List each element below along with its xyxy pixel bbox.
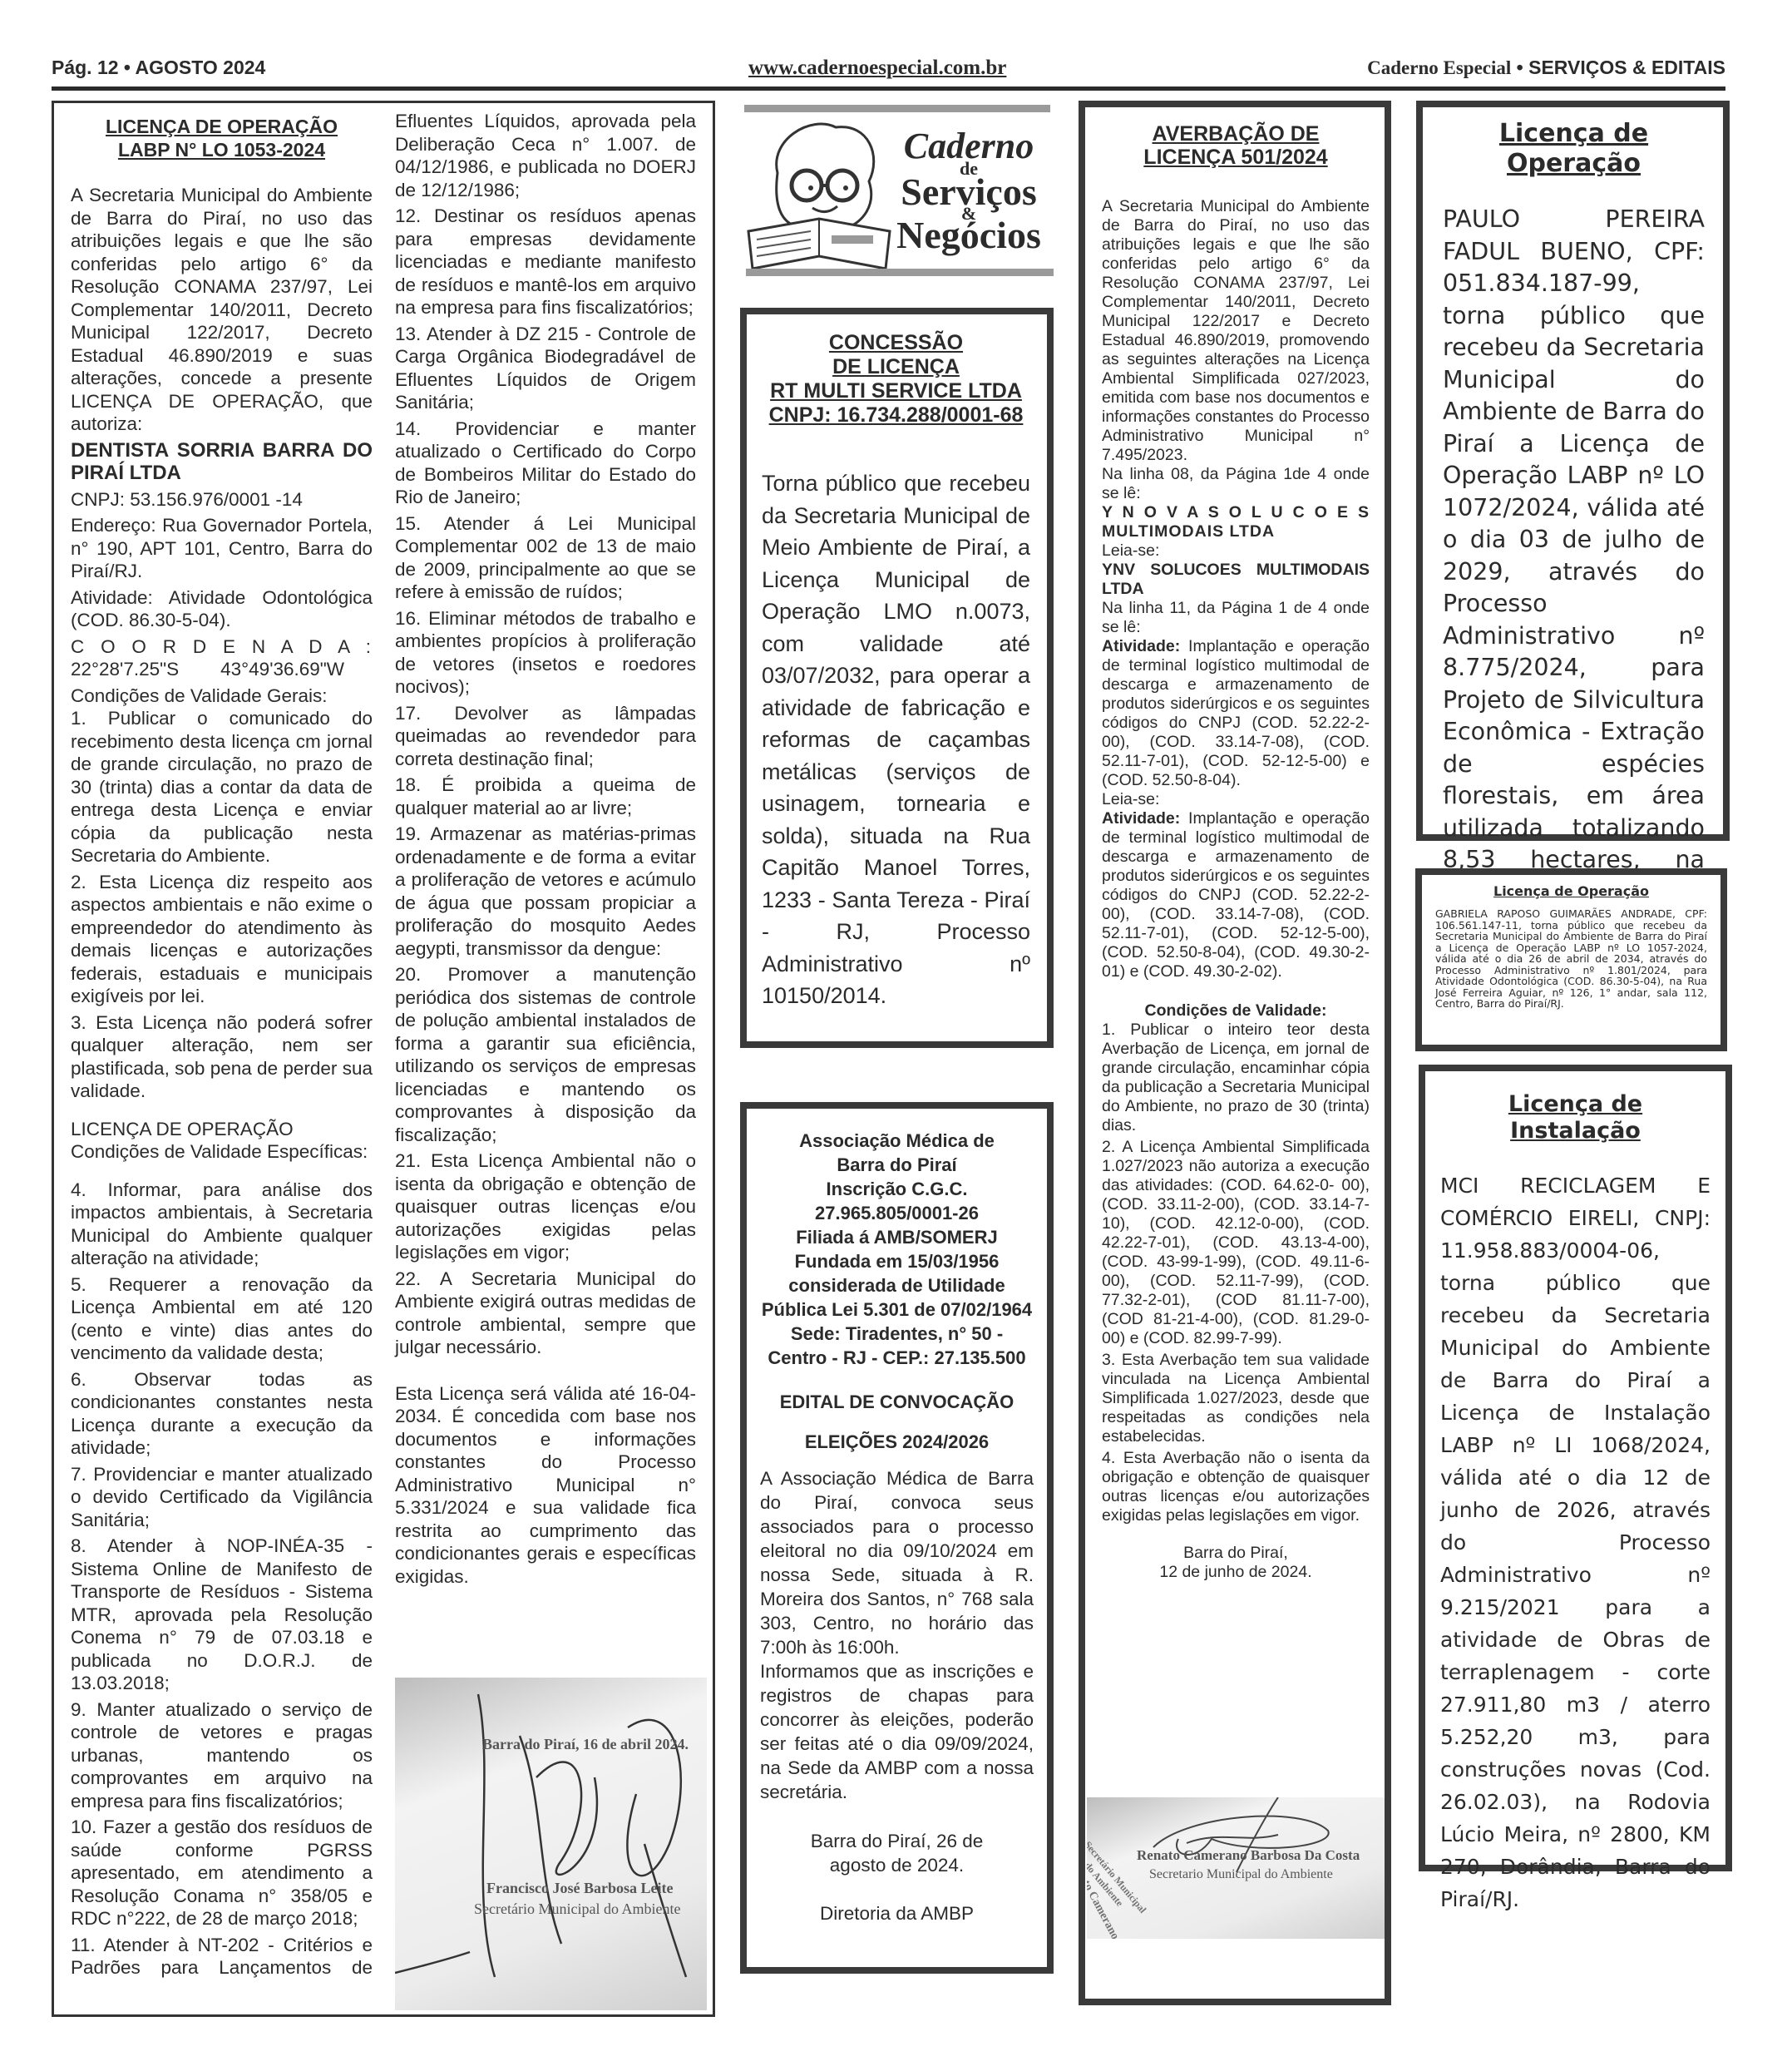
notice-title: Licença de Instalação (1440, 1091, 1711, 1144)
specific-condition: 17. Devolver as lâmpadas queimadas ao re… (395, 702, 696, 771)
specific-condition: 20. Promover a manutenção periódica dos … (395, 963, 696, 1146)
header-divider (52, 86, 1725, 91)
specific-condition: 11. Atender à NT-202 - Critérios e Padrõ… (71, 1934, 373, 1980)
specific-condition: 22. A Secretaria Municipal do Ambiente e… (395, 1268, 696, 1359)
notice-title: Licença de Operação (1435, 883, 1707, 900)
specific-condition: 10. Fazer a gestão dos resíduos de saúde… (71, 1816, 373, 1930)
signer-role: Secretário Municipal do Ambiente (474, 1900, 680, 1918)
coordinate-label: C O O R D E N A D A : (71, 635, 373, 659)
new-activity: Atividade: Implantação e operação de ter… (1102, 809, 1370, 981)
specific-condition: 7. Providenciar e manter atualizado o de… (71, 1463, 373, 1532)
validity-statement: Esta Licença será válida até 16-04-2034.… (395, 1382, 696, 1589)
specific-condition: 21. Esta Licença Ambiental não o isenta … (395, 1149, 696, 1264)
company-address: Endereço: Rua Governador Portela, n° 190… (71, 514, 373, 583)
notice-title-line3: RT MULTI SERVICE LTDA (762, 379, 1030, 403)
notice-licenca-mci: Licença de Instalação MCI RECICLAGEM E C… (1419, 1065, 1732, 1871)
averbacao-linha11: Na linha 11, da Página 1 de 4 onde se lê… (1102, 599, 1370, 637)
page-info: Pág. 12 • AGOSTO 2024 (52, 57, 265, 79)
old-company-name: Y N O V A S O L U C O E S MULTIMODAIS LT… (1102, 503, 1370, 541)
site-url-link[interactable]: www.cadernoespecial.com.br (748, 57, 1006, 80)
notice-averbacao-501: AVERBAÇÃO DE LICENÇA 501/2024 A Secretar… (1079, 101, 1391, 2005)
eleicoes-title: ELEIÇÕES 2024/2026 (760, 1431, 1034, 1453)
notice-ambp-edital: Associação Médica de Barra do Piraí Insc… (740, 1102, 1054, 1974)
conditions-title: Condições de Validade: (1102, 1001, 1370, 1021)
ambp-date: Barra do Piraí, 26 de agosto de 2024. (760, 1829, 1034, 1877)
new-company-name: YNV SOLUCOES MULTIMODAIS LTDA (1102, 561, 1370, 599)
specific-condition: 4. Informar, para análise dos impactos a… (71, 1179, 373, 1270)
specific-condition: 15. Atender á Lei Municipal Complementar… (395, 512, 696, 604)
notice-intro: A Secretaria Municipal do Ambiente de Ba… (71, 184, 373, 436)
logo-title: Caderno de Serviços & Negócios (886, 128, 1052, 255)
notice-title-line1: CONCESSÃO (762, 331, 1030, 355)
notice-licenca-paulo: Licença de Operação PAULO PEREIRA FADUL … (1416, 101, 1730, 841)
notice-licenca-1053: LICENÇA DE OPERAÇÃO LABP N° LO 1053-2024… (52, 101, 715, 2017)
specific-condition: 6. Observar todas as condicionantes cons… (71, 1368, 373, 1460)
ambp-signoff: Diretoria da AMBP (760, 1902, 1034, 1925)
leia-se-label: Leia-se: (1102, 790, 1370, 809)
signature-image: Renato Camerano Barbosa Da Costa Secreta… (1087, 1797, 1385, 1939)
edital-title: EDITAL DE CONVOCAÇÃO (760, 1391, 1034, 1413)
company-activity: Atividade: Atividade Odontológica (COD. … (71, 586, 373, 632)
notice-licenca-gabriela: Licença de Operação GABRIELA RAPOSO GUIM… (1415, 868, 1727, 1051)
specific-condition: 8. Atender à NOP-INÉA-35 - Sistema Onlin… (71, 1535, 373, 1695)
specific-conditions-title1: LICENÇA DE OPERAÇÃO (71, 1118, 373, 1141)
signer-role: Secretario Municipal do Ambiente (1149, 1867, 1333, 1882)
specific-condition: 16. Eliminar métodos de trabalho e ambie… (395, 607, 696, 699)
specific-condition: 13. Atender à DZ 215 - Controle de Carga… (395, 323, 696, 414)
specific-condition: 14. Providenciar e manter atualizado o C… (395, 418, 696, 509)
logo-bottom-bar (746, 269, 1054, 276)
signer-name: Renato Camerano Barbosa Da Costa (1137, 1847, 1360, 1864)
leia-se-label: Leia-se: (1102, 541, 1370, 561)
averbacao-text: A Secretaria Municipal do Ambiente de Ba… (1102, 197, 1370, 1582)
notice-column-2: Efluentes Líquidos, aprovada pela Delibe… (395, 110, 696, 1591)
general-condition: 3. Esta Licença não poderá sofrer qualqu… (71, 1011, 373, 1103)
section-label: Caderno Especial • SERVIÇOS & EDITAIS (1367, 57, 1725, 79)
notice-title-line2: LICENÇA 501/2024 (1102, 146, 1370, 169)
caderno-logo: Caderno de Serviços & Negócios (728, 105, 1060, 275)
condition-item: 1. Publicar o inteiro teor desta Averbaç… (1102, 1021, 1370, 1135)
specific-condition: 18. É proibida a queima de qualquer mate… (395, 774, 696, 819)
notice-body: Torna público que recebeu da Secretaria … (762, 467, 1030, 1012)
condition-item: 3. Esta Averbação tem sua validade vincu… (1102, 1351, 1370, 1446)
old-activity: Atividade: Implantação e operação de ter… (1102, 637, 1370, 790)
ambp-body-1: A Associação Médica de Barra do Piraí, c… (760, 1466, 1034, 1659)
signature-image: Barra do Piraí, 16 de abril 2024. Franci… (395, 1678, 707, 2010)
specific-condition: 9. Manter atualizado o serviço de contro… (71, 1698, 373, 1813)
notice-title-line2: DE LICENÇA (762, 355, 1030, 379)
brand-name: Caderno Especial (1367, 57, 1511, 78)
averbacao-linha08: Na linha 08, da Página 1de 4 onde se lê: (1102, 465, 1370, 503)
ambp-body-2: Informamos que as inscrições e registros… (760, 1659, 1034, 1804)
notice-body: GABRIELA RAPOSO GUIMARÃES ANDRADE, CPF: … (1435, 908, 1707, 1010)
notice-title-line4: CNPJ: 16.734.288/0001-68 (762, 403, 1030, 428)
notice-body: MCI RECICLAGEM E COMÉRCIO EIRELI, CNPJ: … (1440, 1169, 1711, 1915)
general-condition: 2. Esta Licença diz respeito aos aspecto… (71, 871, 373, 1008)
signer-name: Francisco José Barbosa Leite (486, 1880, 673, 1897)
notice-title-line2: LABP N° LO 1053-2024 (71, 138, 373, 161)
general-conditions-title: Condições de Validade Gerais: (71, 685, 373, 708)
section-name: • SERVIÇOS & EDITAIS (1511, 57, 1725, 78)
notice-title-line1: AVERBAÇÃO DE (1102, 122, 1370, 146)
ambp-header: Associação Médica de Barra do Piraí Insc… (760, 1129, 1034, 1370)
specific-condition: 19. Armazenar as matérias-primas ordenad… (395, 823, 696, 960)
specific-condition: Efluentes Líquidos, aprovada pela Delibe… (395, 110, 696, 201)
specific-condition: 5. Requerer a renovação da Licença Ambie… (71, 1273, 373, 1365)
company-name: DENTISTA SORRIA BARRA DO PIRAÍ LTDA (71, 439, 373, 485)
handwritten-signature-icon (395, 1678, 707, 2010)
company-cnpj: CNPJ: 53.156.976/0001 -14 (71, 488, 373, 512)
notice-title: Licença de Operação (1443, 119, 1705, 179)
specific-condition: 12. Destinar os resíduos apenas para emp… (395, 205, 696, 319)
averbacao-intro: A Secretaria Municipal do Ambiente de Ba… (1102, 197, 1370, 465)
specific-conditions-title2: Condições de Validade Específicas: (71, 1140, 373, 1164)
signature-place-date: Barra do Piraí, 16 de abril 2024. (482, 1736, 689, 1753)
averbacao-date: Barra do Piraí, 12 de junho de 2024. (1102, 1544, 1370, 1582)
logo-top-bar (744, 105, 1050, 112)
condition-item: 2. A Licença Ambiental Simplificada 1.02… (1102, 1138, 1370, 1348)
notice-title-line1: LICENÇA DE OPERAÇÃO (71, 115, 373, 138)
notice-concessao-licenca: CONCESSÃO DE LICENÇA RT MULTI SERVICE LT… (740, 308, 1054, 1048)
notice-column-1: LICENÇA DE OPERAÇÃO LABP N° LO 1053-2024… (71, 115, 373, 1983)
coordinate-value: 22°28'7.25"S 43°49'36.69"W (71, 658, 373, 681)
general-condition: 1. Publicar o comunicado do recebimento … (71, 707, 373, 867)
reading-boy-illustration-icon (744, 115, 894, 269)
condition-item: 4. Esta Averbação não o isenta da obriga… (1102, 1449, 1370, 1525)
